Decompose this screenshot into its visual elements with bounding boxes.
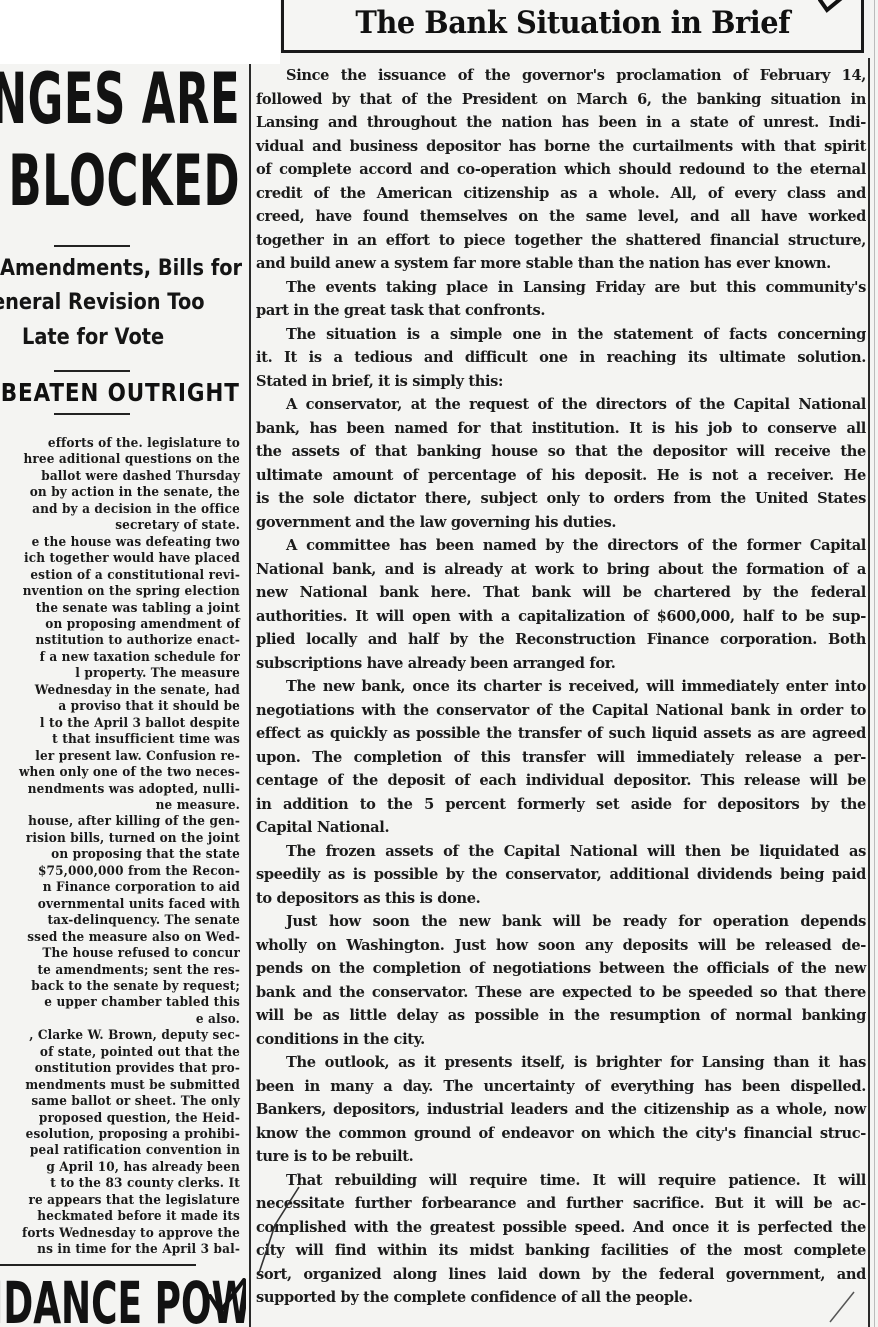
article-line: will be as little delay as possible in t…	[256, 1004, 866, 1028]
article-line: subscriptions have already been arranged…	[256, 652, 866, 676]
article-line: it. It is a tedious and difficult one in…	[256, 346, 866, 370]
article-line: government and the law governing his dut…	[256, 511, 866, 535]
left-body-line: $75,000,000 from the Recon-	[8, 864, 241, 880]
left-subhead-line: eneral Revision Too	[0, 290, 205, 315]
left-body-line: n Finance corporation to aid	[8, 880, 241, 896]
left-body-line: The house refused to concur	[8, 946, 241, 962]
left-body-line: esolution, proposing a prohibi-	[8, 1127, 241, 1143]
article-line: city will find within its midst banking …	[256, 1239, 866, 1263]
left-body-line: hree aditional questions on the	[8, 452, 241, 468]
title-box: The Bank Situation in Brief	[281, 0, 864, 53]
article-line: bank, has been named for that institutio…	[256, 417, 866, 441]
divider	[0, 1264, 196, 1266]
left-body-line: nendments was adopted, nulli-	[8, 782, 241, 798]
left-body-line: e the house was defeating two	[8, 535, 241, 551]
left-body-line: nvention on the spring election	[8, 584, 241, 600]
article-line: sort, organized along lines laid down by…	[256, 1263, 866, 1287]
left-body-text: efforts of the. legislature tohree aditi…	[0, 436, 240, 1259]
left-body-line: and by a decision in the office	[8, 502, 241, 518]
left-body-line: back to the senate by request;	[8, 979, 241, 995]
left-body-line: t to the 83 county clerks. It	[8, 1176, 241, 1192]
left-body-line: of state, pointed out that the	[8, 1045, 241, 1061]
left-body-line: the senate was tabling a joint	[8, 601, 241, 617]
article-paragraph: The new bank, once its charter is receiv…	[256, 675, 866, 840]
article-paragraph: That rebuilding will require time. It wi…	[256, 1169, 866, 1310]
article-line: The events taking place in Lansing Frida…	[256, 276, 866, 300]
article-line: centage of the deposit of each individua…	[256, 769, 866, 793]
left-body-line: l property. The measure	[8, 666, 241, 682]
left-column-article: HANGES ARE LL BLOCKED Amendments, Bills …	[0, 64, 246, 1327]
article-paragraph: Just how soon the new bank will be ready…	[256, 910, 866, 1051]
article-line: supported by the complete confidence of …	[256, 1286, 866, 1310]
left-body-line: on proposing that the state	[8, 847, 241, 863]
article-paragraph: The outlook, as it presents itself, is b…	[256, 1051, 866, 1169]
article-line: been in many a day. The uncertainty of e…	[256, 1075, 866, 1099]
blank-cutout	[0, 0, 280, 64]
article-paragraph: The events taking place in Lansing Frida…	[256, 276, 866, 323]
left-body-line: estion of a constitutional revi-	[8, 568, 241, 584]
article-line: complished with the greatest possible sp…	[256, 1216, 866, 1240]
article-line: conditions in the city.	[256, 1028, 866, 1052]
article-line: upon. The completion of this transfer wi…	[256, 746, 866, 770]
article-line: ultimate amount of percentage of his dep…	[256, 464, 866, 488]
left-body-line: onstitution provides that pro-	[8, 1061, 241, 1077]
pen-stroke-icon	[826, 1290, 856, 1324]
article-line: Stated in brief, it is simply this:	[256, 370, 866, 394]
article-line: creed, have found themselves on the same…	[256, 205, 866, 229]
article-line: together in an effort to piece together …	[256, 229, 866, 253]
article-line: The situation is a simple one in the sta…	[256, 323, 866, 347]
article-line: Lansing and throughout the nation has be…	[256, 111, 866, 135]
left-body-line: same ballot or sheet. The only	[8, 1094, 241, 1110]
article-line: necessitate further forbearance and furt…	[256, 1192, 866, 1216]
left-body-line: efforts of the. legislature to	[8, 436, 241, 452]
article-line: A committee has been named by the direct…	[256, 534, 866, 558]
article-line: credit of the American citizenship as a …	[256, 182, 866, 206]
article-paragraph: The situation is a simple one in the sta…	[256, 323, 866, 394]
left-body-line: Wednesday in the senate, had	[8, 683, 241, 699]
left-body-line: nstitution to authorize enact-	[8, 633, 241, 649]
article-line: part in the great task that confronts.	[256, 299, 866, 323]
article-line: That rebuilding will require time. It wi…	[256, 1169, 866, 1193]
article-paragraph: The frozen assets of the Capital Nationa…	[256, 840, 866, 911]
divider	[54, 413, 130, 415]
left-body-line: e upper chamber tabled this	[8, 995, 241, 1011]
left-body-line: overnmental units faced with	[8, 897, 241, 913]
article-line: Capital National.	[256, 816, 866, 840]
left-body-line: when only one of the two neces-	[8, 765, 241, 781]
left-body-line: mendments must be submitted	[8, 1078, 241, 1094]
article-line: know the common ground of endeavor on wh…	[256, 1122, 866, 1146]
article-line: bank and the conservator. These are expe…	[256, 981, 866, 1005]
article-line: negotiations with the conservator of the…	[256, 699, 866, 723]
left-headline-line: LL BLOCKED	[0, 146, 240, 216]
left-body-line: heckmated before it made its	[8, 1209, 241, 1225]
left-body-line: f a new taxation schedule for	[8, 650, 241, 666]
left-headline-line: HANGES ARE	[0, 64, 240, 134]
article-paragraph: A committee has been named by the direct…	[256, 534, 866, 675]
left-body-line: ler present law. Confusion re-	[8, 749, 241, 765]
left-body-line: t that insufficient time was	[8, 732, 241, 748]
checkmark-icon	[206, 1278, 246, 1318]
divider	[54, 370, 130, 372]
article-line: of complete accord and co-operation whic…	[256, 158, 866, 182]
left-body-line: forts Wednesday to approve the	[8, 1226, 241, 1242]
article-line: is the sole dictator there, subject only…	[256, 487, 866, 511]
article-paragraph: Since the issuance of the governor's pro…	[256, 64, 866, 276]
article-line: The new bank, once its charter is receiv…	[256, 675, 866, 699]
article-line: plied locally and half by the Reconstruc…	[256, 628, 866, 652]
left-subhead-line: Late for Vote	[22, 325, 164, 350]
article-line: ture is to be rebuilt.	[256, 1145, 866, 1169]
left-body-line: g April 10, has already been	[8, 1160, 241, 1176]
left-body-line: ns in time for the April 3 bal-	[8, 1242, 241, 1258]
article-line: The frozen assets of the Capital Nationa…	[256, 840, 866, 864]
bank-situation-article: Since the issuance of the governor's pro…	[256, 64, 866, 1310]
article-line: and build anew a system far more stable …	[256, 252, 866, 276]
article-line: vidual and business depositor has borne …	[256, 135, 866, 159]
article-line: pends on the completion of negotiations …	[256, 957, 866, 981]
column-rule	[249, 64, 251, 1327]
article-line: wholly on Washington. Just how soon any …	[256, 934, 866, 958]
left-body-line: a proviso that it should be	[8, 699, 241, 715]
left-body-line: peal ratification convention in	[8, 1143, 241, 1159]
left-deck: E BEATEN OUTRIGHT	[0, 378, 240, 407]
article-line: National bank, and is already at work to…	[256, 558, 866, 582]
left-body-line: re appears that the legislature	[8, 1193, 241, 1209]
left-body-line: , Clarke W. Brown, deputy sec-	[8, 1028, 241, 1044]
left-body-line: rision bills, turned on the joint	[8, 831, 241, 847]
article-line: to depositors as this is done.	[256, 887, 866, 911]
article-line: followed by that of the President on Mar…	[256, 88, 866, 112]
left-body-line: on by action in the senate, the	[8, 485, 241, 501]
left-body-line: ballot were dashed Thursday	[8, 469, 241, 485]
newspaper-clipping: The Bank Situation in Brief HANGES ARE L…	[0, 0, 878, 1327]
pen-stroke-icon	[253, 1185, 303, 1275]
article-line: Just how soon the new bank will be ready…	[256, 910, 866, 934]
article-line: effect as quickly as possible the transf…	[256, 722, 866, 746]
article-line: new National bank here. That bank will b…	[256, 581, 866, 605]
column-rule	[874, 0, 875, 1327]
divider	[54, 245, 130, 247]
left-body-line: te amendments; sent the res-	[8, 963, 241, 979]
article-line: in addition to the 5 percent formerly se…	[256, 793, 866, 817]
article-line: A conservator, at the request of the dir…	[256, 393, 866, 417]
article-line: Bankers, depositors, industrial leaders …	[256, 1098, 866, 1122]
article-line: the assets of that banking house so that…	[256, 440, 866, 464]
checkmark-icon	[818, 0, 846, 14]
article-paragraph: A conservator, at the request of the dir…	[256, 393, 866, 534]
left-body-line: tax-delinquency. The senate	[8, 913, 241, 929]
left-body-line: secretary of state.	[8, 518, 241, 534]
box-border-right	[868, 58, 870, 1327]
article-line: Since the issuance of the governor's pro…	[256, 64, 866, 88]
left-body-line: proposed question, the Heid-	[8, 1111, 241, 1127]
article-line: authorities. It will open with a capital…	[256, 605, 866, 629]
left-body-line: e also.	[8, 1012, 241, 1028]
left-body-line: ich together would have placed	[8, 551, 241, 567]
article-headline: The Bank Situation in Brief	[355, 5, 790, 41]
left-body-line: ssed the measure also on Wed-	[8, 930, 241, 946]
article-line: speedily as is possible by the conservat…	[256, 863, 866, 887]
left-body-line: l to the April 3 ballot despite	[8, 716, 241, 732]
left-body-line: house, after killing of the gen-	[8, 814, 241, 830]
left-body-line: ne measure.	[8, 798, 241, 814]
left-body-line: on proposing amendment of	[8, 617, 241, 633]
left-subhead-line: Amendments, Bills for	[0, 256, 242, 281]
article-line: The outlook, as it presents itself, is b…	[256, 1051, 866, 1075]
